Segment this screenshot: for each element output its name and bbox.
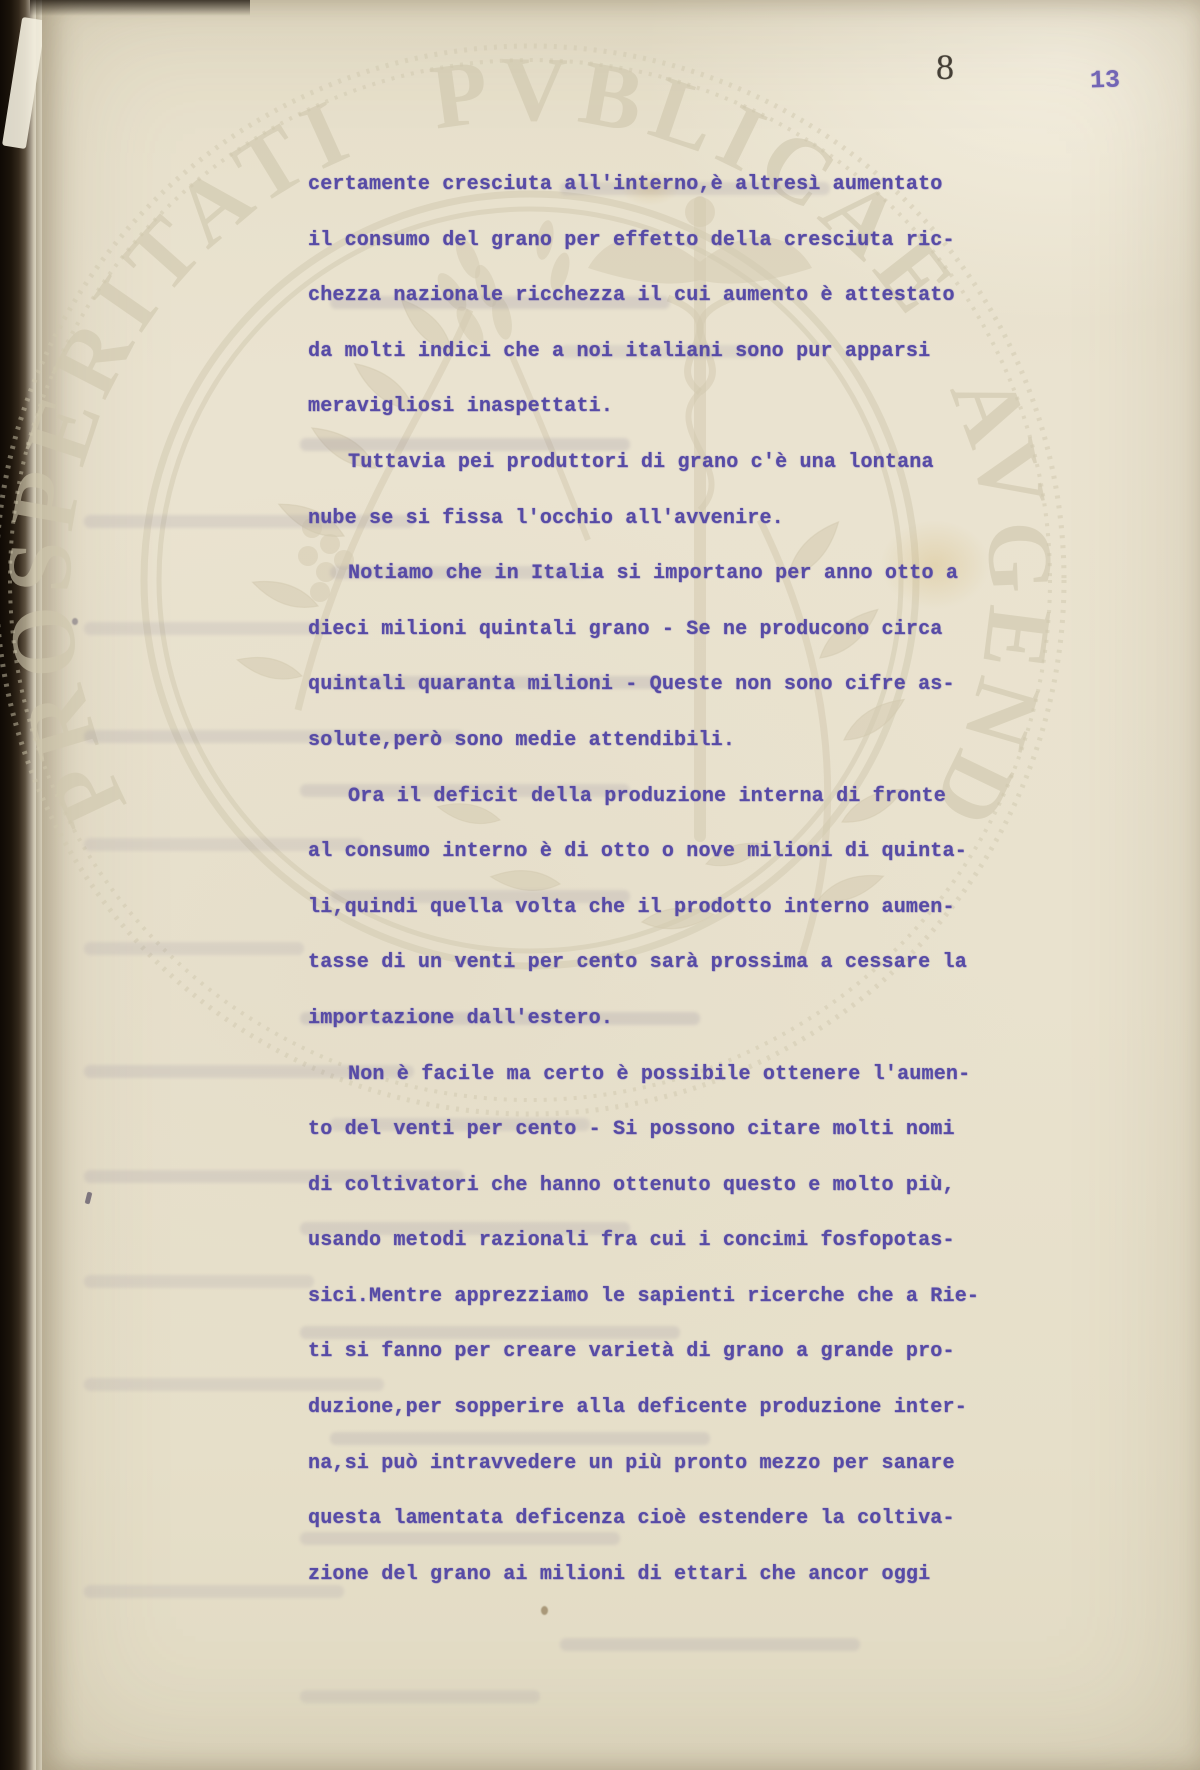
typewritten-line: al consumo interno è di otto o nove mili… xyxy=(308,824,1028,880)
bleedthrough-mark xyxy=(84,1275,314,1288)
typewritten-line: da molti indici che a noi italiani sono … xyxy=(308,324,1028,380)
typewritten-line: li,quindi quella volta che il prodotto i… xyxy=(308,880,1028,936)
typewritten-line: nube se si fissa l'occhio all'avvenire. xyxy=(308,491,1028,547)
typewritten-line: sici.Mentre apprezziamo le sapienti rice… xyxy=(308,1269,1028,1325)
typewritten-line: chezza nazionale ricchezza il cui aument… xyxy=(308,268,1028,324)
bleedthrough-mark xyxy=(300,1690,540,1703)
bleedthrough-mark xyxy=(84,622,324,635)
typewritten-line: di coltivatori che hanno ottenuto questo… xyxy=(308,1158,1028,1214)
page-number-stamped: 13 xyxy=(1090,65,1121,95)
typewritten-line: meravigliosi inaspettati. xyxy=(308,379,1028,435)
typewritten-line: Notiamo che in Italia si importano per a… xyxy=(308,546,1028,602)
typewritten-line: Ora il deficit della produzione interna … xyxy=(308,769,1028,825)
typewritten-line: quintali quaranta milioni - Queste non s… xyxy=(308,657,1028,713)
typewritten-line: importazione dall'estero. xyxy=(308,991,1028,1047)
typewritten-line: Tuttavia pei produttori di grano c'è una… xyxy=(308,435,1028,491)
typewritten-line: na,si può intravvedere un più pronto mez… xyxy=(308,1436,1028,1492)
margin-mark xyxy=(72,618,78,625)
typewritten-line: usando metodi razionali fra cui i concim… xyxy=(308,1213,1028,1269)
typewritten-line: dieci milioni quintali grano - Se ne pro… xyxy=(308,602,1028,658)
bleedthrough-mark xyxy=(560,1638,860,1651)
typewritten-line: questa lamentata deficenza cioè estender… xyxy=(308,1491,1028,1547)
typewritten-line: solute,però sono medie attendibili. xyxy=(308,713,1028,769)
page-number-printed: 8 xyxy=(936,46,954,88)
typewritten-line: ti si fanno per creare varietà di grano … xyxy=(308,1324,1028,1380)
typewritten-line: tasse di un venti per cento sarà prossim… xyxy=(308,935,1028,991)
ink-speck xyxy=(541,1606,548,1615)
typewritten-line: il consumo del grano per effetto della c… xyxy=(308,213,1028,269)
typewritten-line: duzione,per sopperire alla deficente pro… xyxy=(308,1380,1028,1436)
typewritten-line: certamente cresciuta all'interno,è altre… xyxy=(308,157,1028,213)
typewritten-line: to del venti per cento - Si possono cita… xyxy=(308,1102,1028,1158)
bleedthrough-mark xyxy=(84,942,304,955)
typewritten-line: Non è facile ma certo è possibile ottene… xyxy=(308,1047,1028,1103)
typescript-block: certamente cresciuta all'interno,è altre… xyxy=(308,157,1028,1602)
bleedthrough-mark xyxy=(84,1585,344,1598)
typewritten-line: zione del grano ai milioni di ettari che… xyxy=(308,1547,1028,1603)
